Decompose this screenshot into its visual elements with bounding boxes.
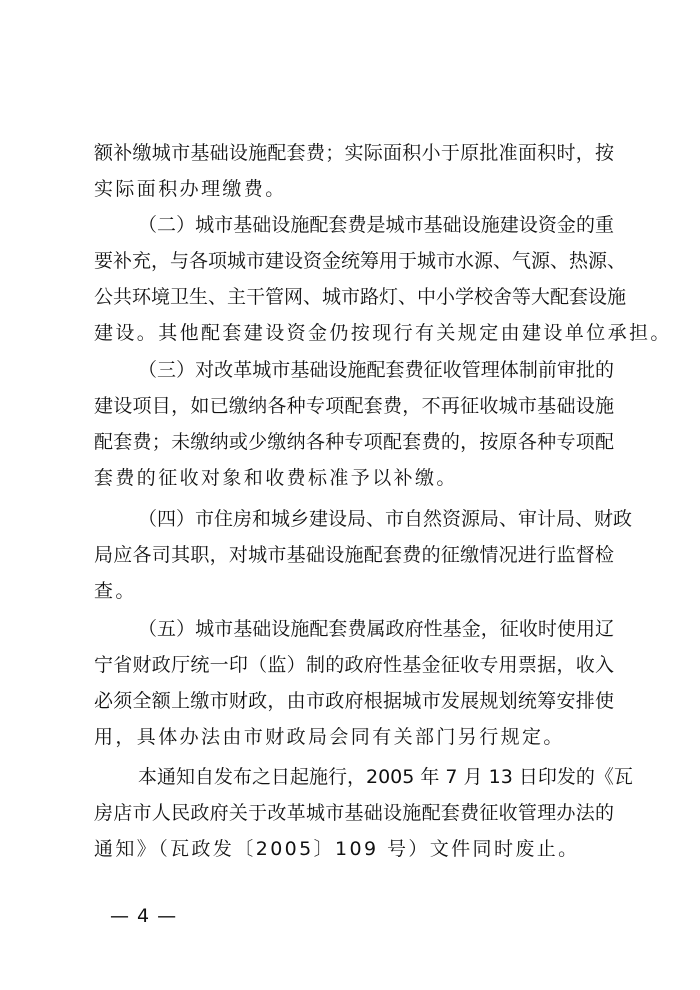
text-line: 宁省财政厅统一印（监）制的政府性基金征收专用票据，收入 [94, 653, 614, 677]
text-line: （四）市住房和城乡建设局、市自然资源局、审计局、财政 [138, 507, 614, 531]
text-line: （二）城市基础设施配套费是城市基础设施建设资金的重 [138, 213, 614, 237]
text-line: 公共环境卫生、主干管网、城市路灯、中小学校舍等大配套设施 [94, 285, 614, 309]
text-line: 本通知自发布之日起施行，2005 年 7 月 13 日印发的《瓦 [138, 765, 614, 789]
text-line: 实际面积办理缴费。 [94, 177, 614, 201]
text-line: 局应各司其职，对城市基础设施配套费的征缴情况进行监督检 [94, 543, 614, 567]
page-number: — 4 — [110, 904, 177, 928]
text-line: 必须全额上缴市财政，由市政府根据城市发展规划统筹安排使 [94, 689, 614, 713]
document-page: 额补缴城市基础设施配套费；实际面积小于原批准面积时，按 实际面积办理缴费。 （二… [0, 0, 700, 990]
text-line: 要补充，与各项城市建设资金统筹用于城市水源、气源、热源、 [94, 249, 614, 273]
text-line: 建设。其他配套建设资金仍按现行有关规定由建设单位承担。 [94, 321, 614, 345]
text-line: 配套费；未缴纳或少缴纳各种专项配套费的，按原各种专项配 [94, 430, 614, 454]
text-line: 房店市人民政府关于改革城市基础设施配套费征收管理办法的 [94, 801, 614, 825]
text-line: 通知》（瓦政发〔2005〕109 号）文件同时废止。 [94, 837, 614, 861]
text-line: 查。 [94, 579, 614, 603]
text-line: 用，具体办法由市财政局会同有关部门另行规定。 [94, 725, 614, 749]
text-line: 套费的征收对象和收费标准予以补缴。 [94, 466, 614, 490]
text-line: 额补缴城市基础设施配套费；实际面积小于原批准面积时，按 [94, 141, 614, 165]
text-line: （三）对改革城市基础设施配套费征收管理体制前审批的 [138, 358, 614, 382]
text-line: （五）城市基础设施配套费属政府性基金，征收时使用辽 [138, 617, 614, 641]
text-line: 建设项目，如已缴纳各种专项配套费，不再征收城市基础设施 [94, 394, 614, 418]
